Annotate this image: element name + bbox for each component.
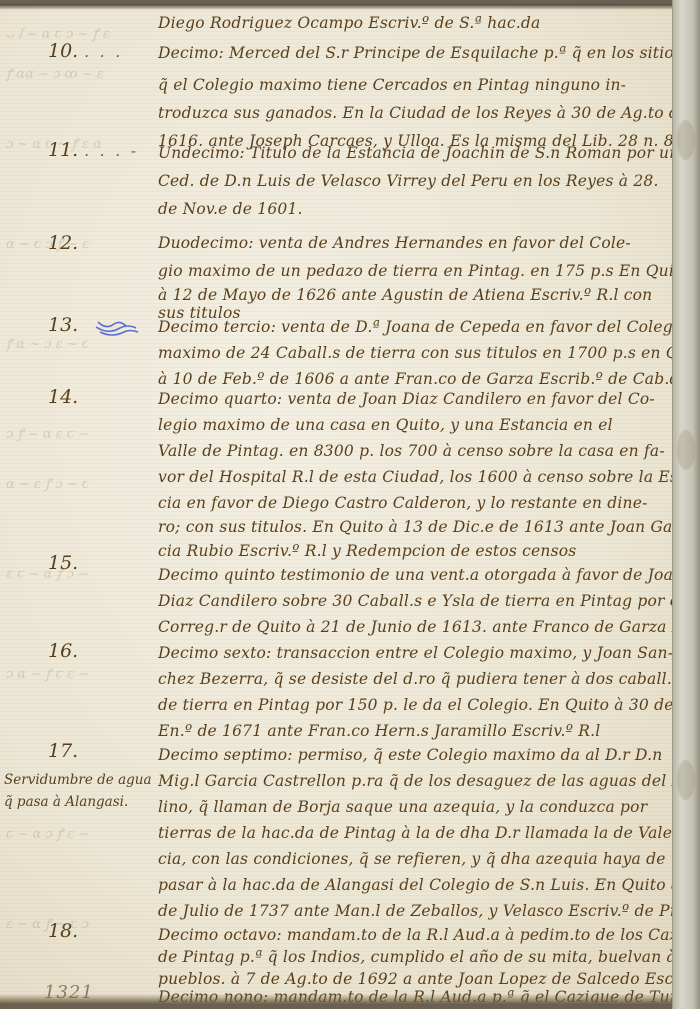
entry-line: troduzca sus ganados. En la Ciudad de lo… (158, 104, 678, 122)
margin-note-line: q̃ pasa à Alangasi. (4, 794, 128, 810)
entry-line: Ced. de D.n Luis de Velasco Virrey del P… (158, 172, 678, 190)
entry-line: de tierra en Pintag por 150 p. le da el … (158, 696, 678, 714)
entry-line: vor del Hospital R.l de esta Ciudad, los… (158, 468, 678, 486)
adjacent-page-edge (672, 0, 700, 1009)
entry-line: Decimo sexto: transaccion entre el Coleg… (158, 644, 678, 662)
page-stain (677, 430, 695, 470)
entry-line: de Pintag p.ª q̃ los Indios, cumplido el… (158, 948, 678, 966)
entry-line: cia, con las condiciones, q̃ se refieren… (158, 850, 678, 868)
binding-shadow-bottom (0, 994, 680, 1004)
entry-number: 14. (48, 386, 78, 408)
entry-line: gio maximo de un pedazo de tierra en Pin… (158, 262, 678, 280)
entry-number: 17. (48, 740, 78, 762)
entry-list: Diego Rodriguez Ocampo Escriv.º de S.ª h… (0, 4, 680, 1004)
entry-line: de Nov.e de 1601. (158, 200, 678, 218)
page-stain (677, 760, 695, 800)
entry-line: cia Rubio Escriv.º R.l y Redempcion de e… (158, 542, 678, 560)
entry-line: Duodecimo: venta de Andres Hernandes en … (158, 234, 678, 252)
entry-line: lino, q̃ llaman de Borja saque una azequ… (158, 798, 678, 816)
entry-line: Undecimo: Titulo de la Estancia de Joach… (158, 144, 678, 162)
entry-line: chez Bezerra, q̃ se desiste del d.ro q̃ … (158, 670, 678, 688)
entry-line: En.º de 1671 ante Fran.co Hern.s Jaramil… (158, 722, 678, 740)
page-stain (677, 120, 695, 160)
entry-line: Mig.l Garcia Castrellon p.ra q̃ de los d… (158, 772, 678, 790)
blue-pencil-mark-icon (92, 316, 142, 338)
entry-number: 12. (48, 232, 78, 254)
margin-note-line: Servidumbre de agua (4, 772, 152, 788)
entry-line: cia en favor de Diego Castro Calderon, y… (158, 494, 678, 512)
entry-line: ro; con sus titulos. En Quito à 13 de Di… (158, 518, 678, 536)
entry-line: à 10 de Feb.º de 1606 a ante Fran.co de … (158, 370, 678, 388)
entry-line: Decimo quinto testimonio de una vent.a o… (158, 566, 678, 584)
entry-line: Decimo quarto: venta de Joan Diaz Candil… (158, 390, 678, 408)
entry-number: 18. (48, 920, 78, 942)
entry-line: tierras de la hac.da de Pintag à la de d… (158, 824, 678, 842)
entry-line: Valle de Pintag. en 8300 p. los 700 à ce… (158, 442, 678, 460)
entry-line: pasar à la hac.da de Alangasi del Colegi… (158, 876, 678, 894)
entry-line: Decimo septimo: permiso, q̃ este Colegio… (158, 746, 678, 764)
entry-number: 10. . . . (48, 40, 123, 62)
entry-number: 15. (48, 552, 78, 574)
entry-line: maximo de 24 Caball.s de tierra con sus … (158, 344, 678, 362)
entry-line: Decimo: Merced del S.r Principe de Esqui… (158, 44, 678, 62)
entry-line: Decimo octavo: mandam.to de la R.l Aud.a… (158, 926, 678, 944)
entry-line: à 12 de Mayo de 1626 ante Agustin de Ati… (158, 286, 678, 304)
entry-line: q̃ el Colegio maximo tiene Cercados en P… (158, 76, 678, 94)
header-line: Diego Rodriguez Ocampo Escriv.º de S.ª h… (158, 14, 678, 32)
entry-line: legio maximo de una casa en Quito, y una… (158, 416, 678, 434)
entry-line: de Julio de 1737 ante Man.l de Zeballos,… (158, 902, 678, 920)
entry-number: 13. (48, 314, 78, 336)
entry-line: Correg.r de Quito à 21 de Junio de 1613.… (158, 618, 678, 636)
entry-number: 11. . . . - (48, 139, 139, 161)
entry-number: 16. (48, 640, 78, 662)
entry-line: pueblos. à 7 de Ag.to de 1692 a ante Joa… (158, 970, 678, 988)
entry-line: Diaz Candilero sobre 30 Caball.s e Ysla … (158, 592, 678, 610)
manuscript-page: ᴗ ꭍ ~ ɑ ꞇ ɔ ~ ꝭ ɛ ꝭ ɑɑ ~ ɔ ꝏ ~ ɛ ɔ ~ ɑ ꞇ… (0, 4, 680, 1004)
entry-line: Decimo tercio: venta de D.ª Joana de Cep… (158, 318, 678, 336)
